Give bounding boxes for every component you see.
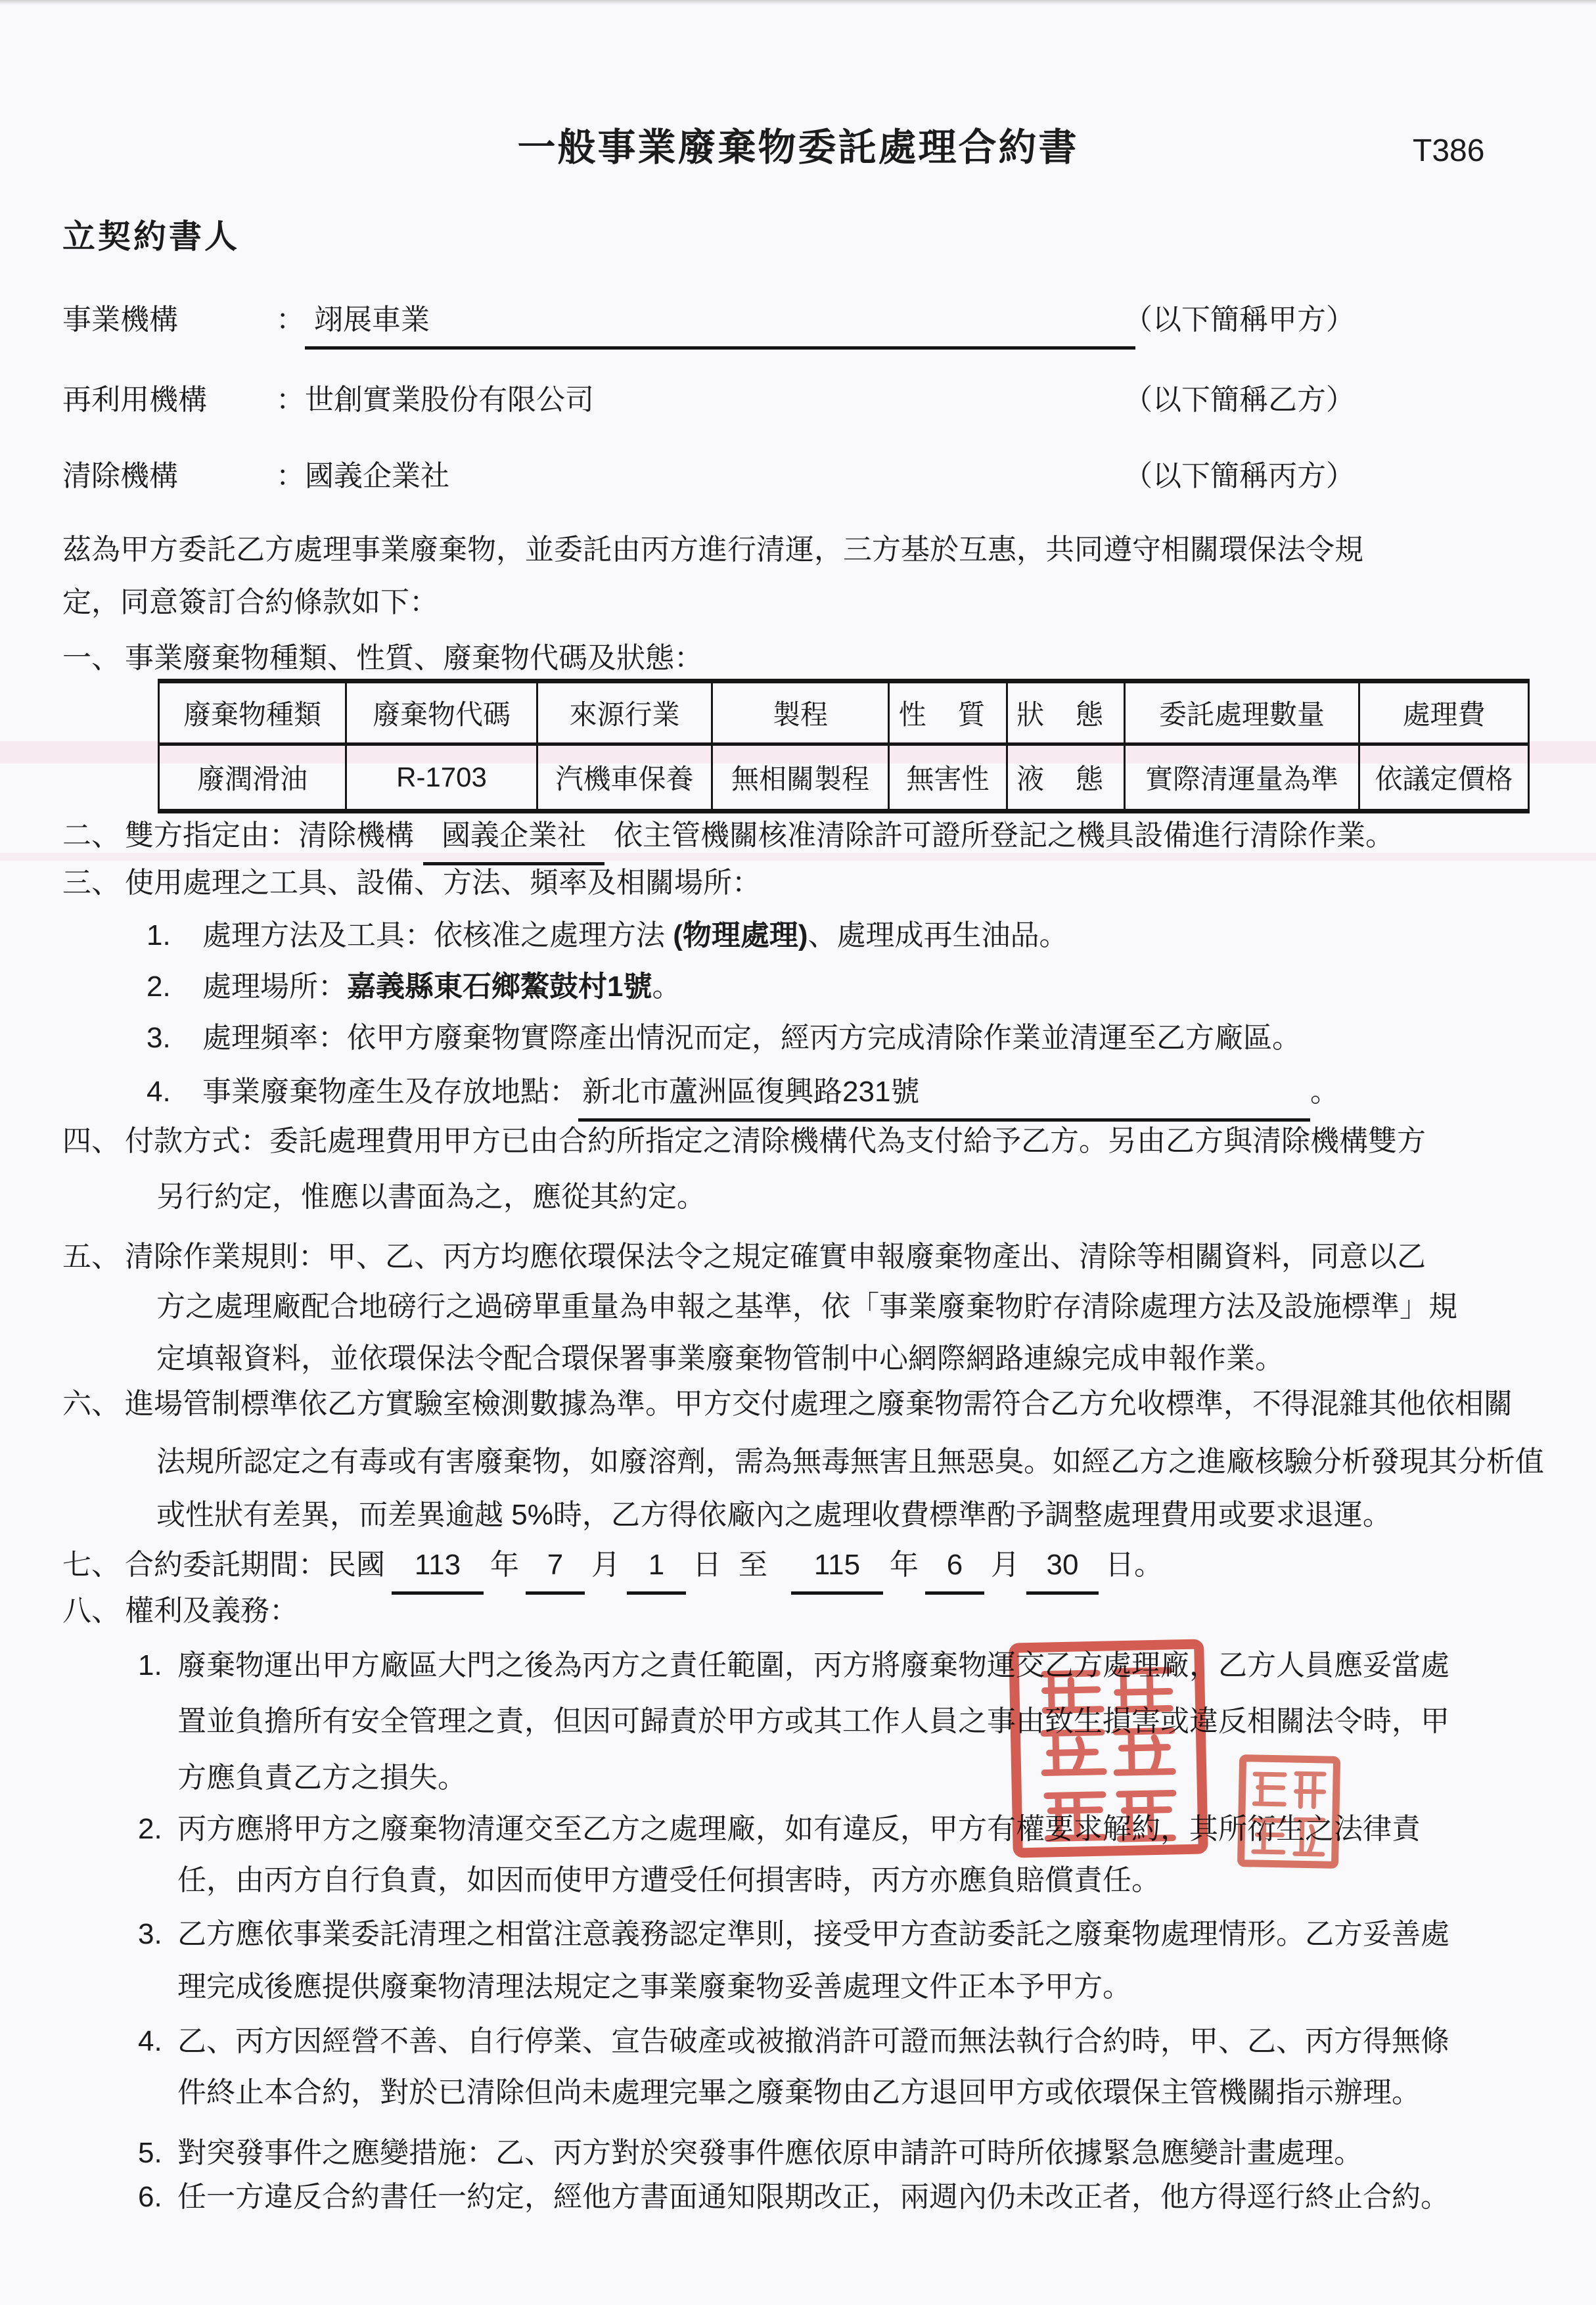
clause-8-item-1-line-1: 廢棄物運出甲方廠區大門之後為丙方之責任範圍，丙方將廢棄物運交乙方處理廠，乙方人員… — [177, 1639, 1449, 1692]
table-cell: 液 態 — [1007, 744, 1125, 811]
unit-day: 日。 — [1105, 1549, 1163, 1581]
party-a-value-row: ：翊展車業 — [276, 294, 1135, 346]
clause-4-line-2: 另行約定，惟應以書面為之，應從其約定。 — [156, 1171, 706, 1223]
table-header-cell: 狀 態 — [1007, 681, 1125, 744]
clause-2-post: 依主管機關核准清除許可證所登記之機具設備進行清除作業。 — [614, 819, 1394, 852]
doc-code: T386 — [1413, 128, 1484, 174]
clause-6-line-1: 進場管制標準依乙方實驗室檢測數據為準。甲方交付處理之廢棄物需符合乙方允收標準，不… — [125, 1378, 1513, 1430]
unit-month: 月 — [991, 1549, 1020, 1581]
clause-4-number: 四、 — [62, 1115, 120, 1168]
clause-6-line-2: 法規所認定之有毒或有害廢棄物，如廢溶劑，需為無毒無害且無惡臭。如經乙方之進廠核驗… — [156, 1436, 1544, 1488]
clause-3-item-4-number: 4. — [147, 1066, 171, 1118]
unit-month: 月 — [591, 1549, 620, 1581]
to-label: 至 — [739, 1549, 767, 1581]
clause-8-item-2-line-1: 丙方應將甲方之廢棄物清運交至乙方之處理廠，如有違反，甲方有權要求解約，其所衍生之… — [177, 1803, 1421, 1856]
clause-5-number: 五、 — [62, 1231, 120, 1283]
parties-heading: 立契約書人 — [62, 210, 240, 263]
end-day-fill-value: 30 — [1026, 1539, 1099, 1595]
contract-page: 一般事業廢棄物委託處理合約書 T386 立契約書人 事業機構 ：翊展車業 （以下… — [0, 0, 1596, 2305]
colon: ： — [276, 304, 305, 336]
waste-table-header-row: 廢棄物種類 廢棄物代碼 來源行業 製程 性 質 狀 態 委託處理數量 處理費 — [159, 681, 1529, 744]
clause-2-text: 雙方指定由：清除機構國義企業社依主管機關核准清除許可證所登記之機具設備進行清除作… — [125, 810, 1394, 862]
item-text: 處理場所： — [202, 970, 347, 1003]
clause-8-item-6-number: 6. — [138, 2171, 162, 2224]
clause-8-item-2-number: 2. — [138, 1803, 162, 1856]
clause-8-item-4-number: 4. — [138, 2015, 162, 2068]
clause-3-item-4-text: 事業廢棄物產生及存放地點：新北市蘆洲區復興路231號。 — [202, 1066, 1339, 1118]
start-year-fill-value: 113 — [392, 1539, 484, 1595]
table-cell: 無害性 — [889, 744, 1007, 811]
start-day-fill-value: 1 — [627, 1539, 686, 1595]
end-month-fill-value: 6 — [925, 1539, 984, 1595]
clause-8-item-1-number: 1. — [138, 1639, 162, 1692]
clause-3-item-2-text: 處理場所：嘉義縣東石鄉鰲鼓村1號。 — [202, 961, 681, 1013]
party-c-label: 清除機構 — [62, 450, 178, 503]
party-c-value: 國義企業社 — [305, 460, 449, 492]
clause-8-number: 八、 — [62, 1585, 120, 1637]
clause-3-item-1-text: 處理方法及工具：依核准之處理方法 (物理處理)、處理成再生油品。 — [202, 909, 1068, 962]
table-header-cell: 性 質 — [889, 681, 1007, 744]
item-text: 。 — [652, 970, 681, 1003]
table-header-cell: 廢棄物代碼 — [346, 681, 537, 744]
clause-6-line-3: 或性狀有差異，而差異逾越 5%時，乙方得依廠內之處理收費標準酌予調整處理費用或要… — [156, 1489, 1392, 1541]
table-header-cell: 廢棄物種類 — [159, 681, 346, 744]
period-label: 合約委託期間：民國 — [125, 1549, 385, 1581]
clause-8-item-1-line-2: 置並負擔所有安全管理之責，但因可歸責於甲方或其工作人員之事由致生損害或違反相關法… — [177, 1695, 1449, 1748]
preamble-line-1: 茲為甲方委託乙方處理事業廢棄物，並委託由丙方進行清運，三方基於互惠，共同遵守相關… — [62, 524, 1363, 576]
waste-table-data-row: 廢潤滑油 R-1703 汽機車保養 無相關製程 無害性 液 態 實際清運量為準 … — [159, 744, 1529, 811]
red-name-seal-stamp — [1237, 1754, 1340, 1873]
clause-8-item-3-number: 3. — [138, 1908, 162, 1961]
clause-3-item-3-text: 處理頻率：依甲方廢棄物實際產出情況而定，經丙方完成清除作業並清運至乙方廠區。 — [202, 1012, 1301, 1064]
clause-2-number: 二、 — [62, 810, 120, 862]
colon: ： — [276, 384, 305, 416]
red-company-seal-stamp — [1008, 1638, 1210, 1862]
clause-4-line-1: 付款方式：委託處理費用甲方已由合約所指定之清除機構代為支付給予乙方。另由乙方與清… — [125, 1115, 1426, 1168]
clause-5-line-1: 清除作業規則：甲、乙、丙方均應依環保法令之規定確實申報廢棄物產出、清除等相關資料… — [125, 1231, 1426, 1283]
clause-5-line-3: 定填報資料，並依環保法令配合環保署事業廢棄物管制中心網際網路連線完成申報作業。 — [156, 1333, 1284, 1385]
clause-8-item-3-line-1: 乙方應依事業委託清理之相當注意義務認定準則，接受甲方查訪委託之廢棄物處理情形。乙… — [177, 1908, 1449, 1961]
clause-8-title: 權利及義務： — [125, 1585, 298, 1637]
unit-year: 年 — [890, 1549, 919, 1581]
scan-edge-artifact — [0, 0, 1596, 5]
table-cell: 依議定價格 — [1359, 744, 1529, 811]
item-text: 、處理成再生油品。 — [808, 919, 1068, 951]
clause-3-title: 使用處理之工具、設備、方法、頻率及相關場所： — [125, 857, 761, 909]
party-b-value-row: ：世創實業股份有限公司 — [276, 374, 594, 426]
unit-year: 年 — [490, 1549, 519, 1581]
end-year-fill-value: 115 — [791, 1539, 883, 1595]
party-c-alias: （以下簡稱丙方） — [1124, 450, 1355, 503]
start-month-fill-value: 7 — [526, 1539, 585, 1595]
table-cell: 無相關製程 — [712, 744, 889, 811]
treatment-site-value: 嘉義縣東石鄉鰲鼓村1號 — [347, 970, 652, 1003]
item-text: 。 — [1310, 1076, 1339, 1108]
clause-1-number: 一、 — [62, 632, 120, 685]
clause-6-number: 六、 — [62, 1378, 120, 1430]
clause-3-item-3-number: 3. — [147, 1012, 171, 1064]
party-a-alias: （以下簡稱甲方） — [1124, 294, 1355, 346]
waste-table: 廢棄物種類 廢棄物代碼 來源行業 製程 性 質 狀 態 委託處理數量 處理費 廢… — [158, 679, 1530, 813]
party-c-value-row: ：國義企業社 — [276, 450, 449, 503]
table-header-cell: 製程 — [712, 681, 889, 744]
clause-8-item-4-line-1: 乙、丙方因經營不善、自行停業、宣告破產或被撤消許可證而無法執行合約時，甲、乙、丙… — [177, 2015, 1449, 2068]
clause-3-item-2-number: 2. — [147, 961, 171, 1013]
preamble-line-2: 定，同意簽訂合約條款如下： — [62, 576, 438, 629]
clause-8-item-3-line-2: 理完成後應提供廢棄物清理法規定之事業廢棄物妥善處理文件正本予甲方。 — [177, 1961, 1131, 2013]
item-text: 事業廢棄物產生及存放地點： — [202, 1076, 578, 1108]
party-b-alias: （以下簡稱乙方） — [1124, 374, 1355, 426]
colon: ： — [276, 460, 305, 492]
clause-5-line-2: 方之處理廠配合地磅行之過磅單重量為申報之基準，依「事業廢棄物貯存清除處理方法及設… — [156, 1281, 1457, 1333]
party-b-label: 再利用機構 — [62, 374, 207, 426]
clause-3-item-1-number: 1. — [147, 909, 171, 962]
unit-day: 日 — [693, 1549, 721, 1581]
table-cell: R-1703 — [346, 744, 537, 811]
party-b-value: 世創實業股份有限公司 — [305, 384, 594, 416]
clause-7-text: 合約委託期間：民國113年7月1日至115年6月30日。 — [125, 1539, 1163, 1591]
clause-7-number: 七、 — [62, 1539, 120, 1591]
party-a-label: 事業機構 — [62, 294, 178, 346]
party-a-value: 翊展車業 — [314, 304, 430, 336]
waste-storage-address-fill-value: 新北市蘆洲區復興路231號 — [578, 1066, 1310, 1122]
item-text: 處理方法及工具：依核准之處理方法 — [202, 919, 673, 951]
table-header-cell: 處理費 — [1359, 681, 1529, 744]
party-a-fill-line: 翊展車業 — [305, 294, 1135, 350]
treatment-method-value: (物理處理) — [673, 919, 808, 951]
table-header-cell: 來源行業 — [537, 681, 712, 744]
clause-8-item-6-line-1: 任一方違反合約書任一約定，經他方書面通知限期改正，兩週內仍未改正者，他方得逕行終… — [177, 2171, 1449, 2224]
clause-3-number: 三、 — [62, 857, 120, 909]
clause-8-item-1-line-3: 方應負責乙方之損失。 — [177, 1752, 467, 1804]
page-title: 一般事業廢棄物委託處理合約書 — [0, 122, 1596, 174]
clause-1-title: 事業廢棄物種類、性質、廢棄物代碼及狀態： — [125, 632, 703, 685]
table-cell: 實際清運量為準 — [1125, 744, 1359, 811]
table-header-cell: 委託處理數量 — [1125, 681, 1359, 744]
table-cell: 汽機車保養 — [537, 744, 712, 811]
table-cell: 廢潤滑油 — [159, 744, 346, 811]
clause-2-pre: 雙方指定由：清除機構 — [125, 819, 414, 852]
clause-8-item-4-line-2: 件終止本合約，對於已清除但尚未處理完畢之廢棄物由乙方退回甲方或依環保主管機關指示… — [177, 2066, 1421, 2119]
